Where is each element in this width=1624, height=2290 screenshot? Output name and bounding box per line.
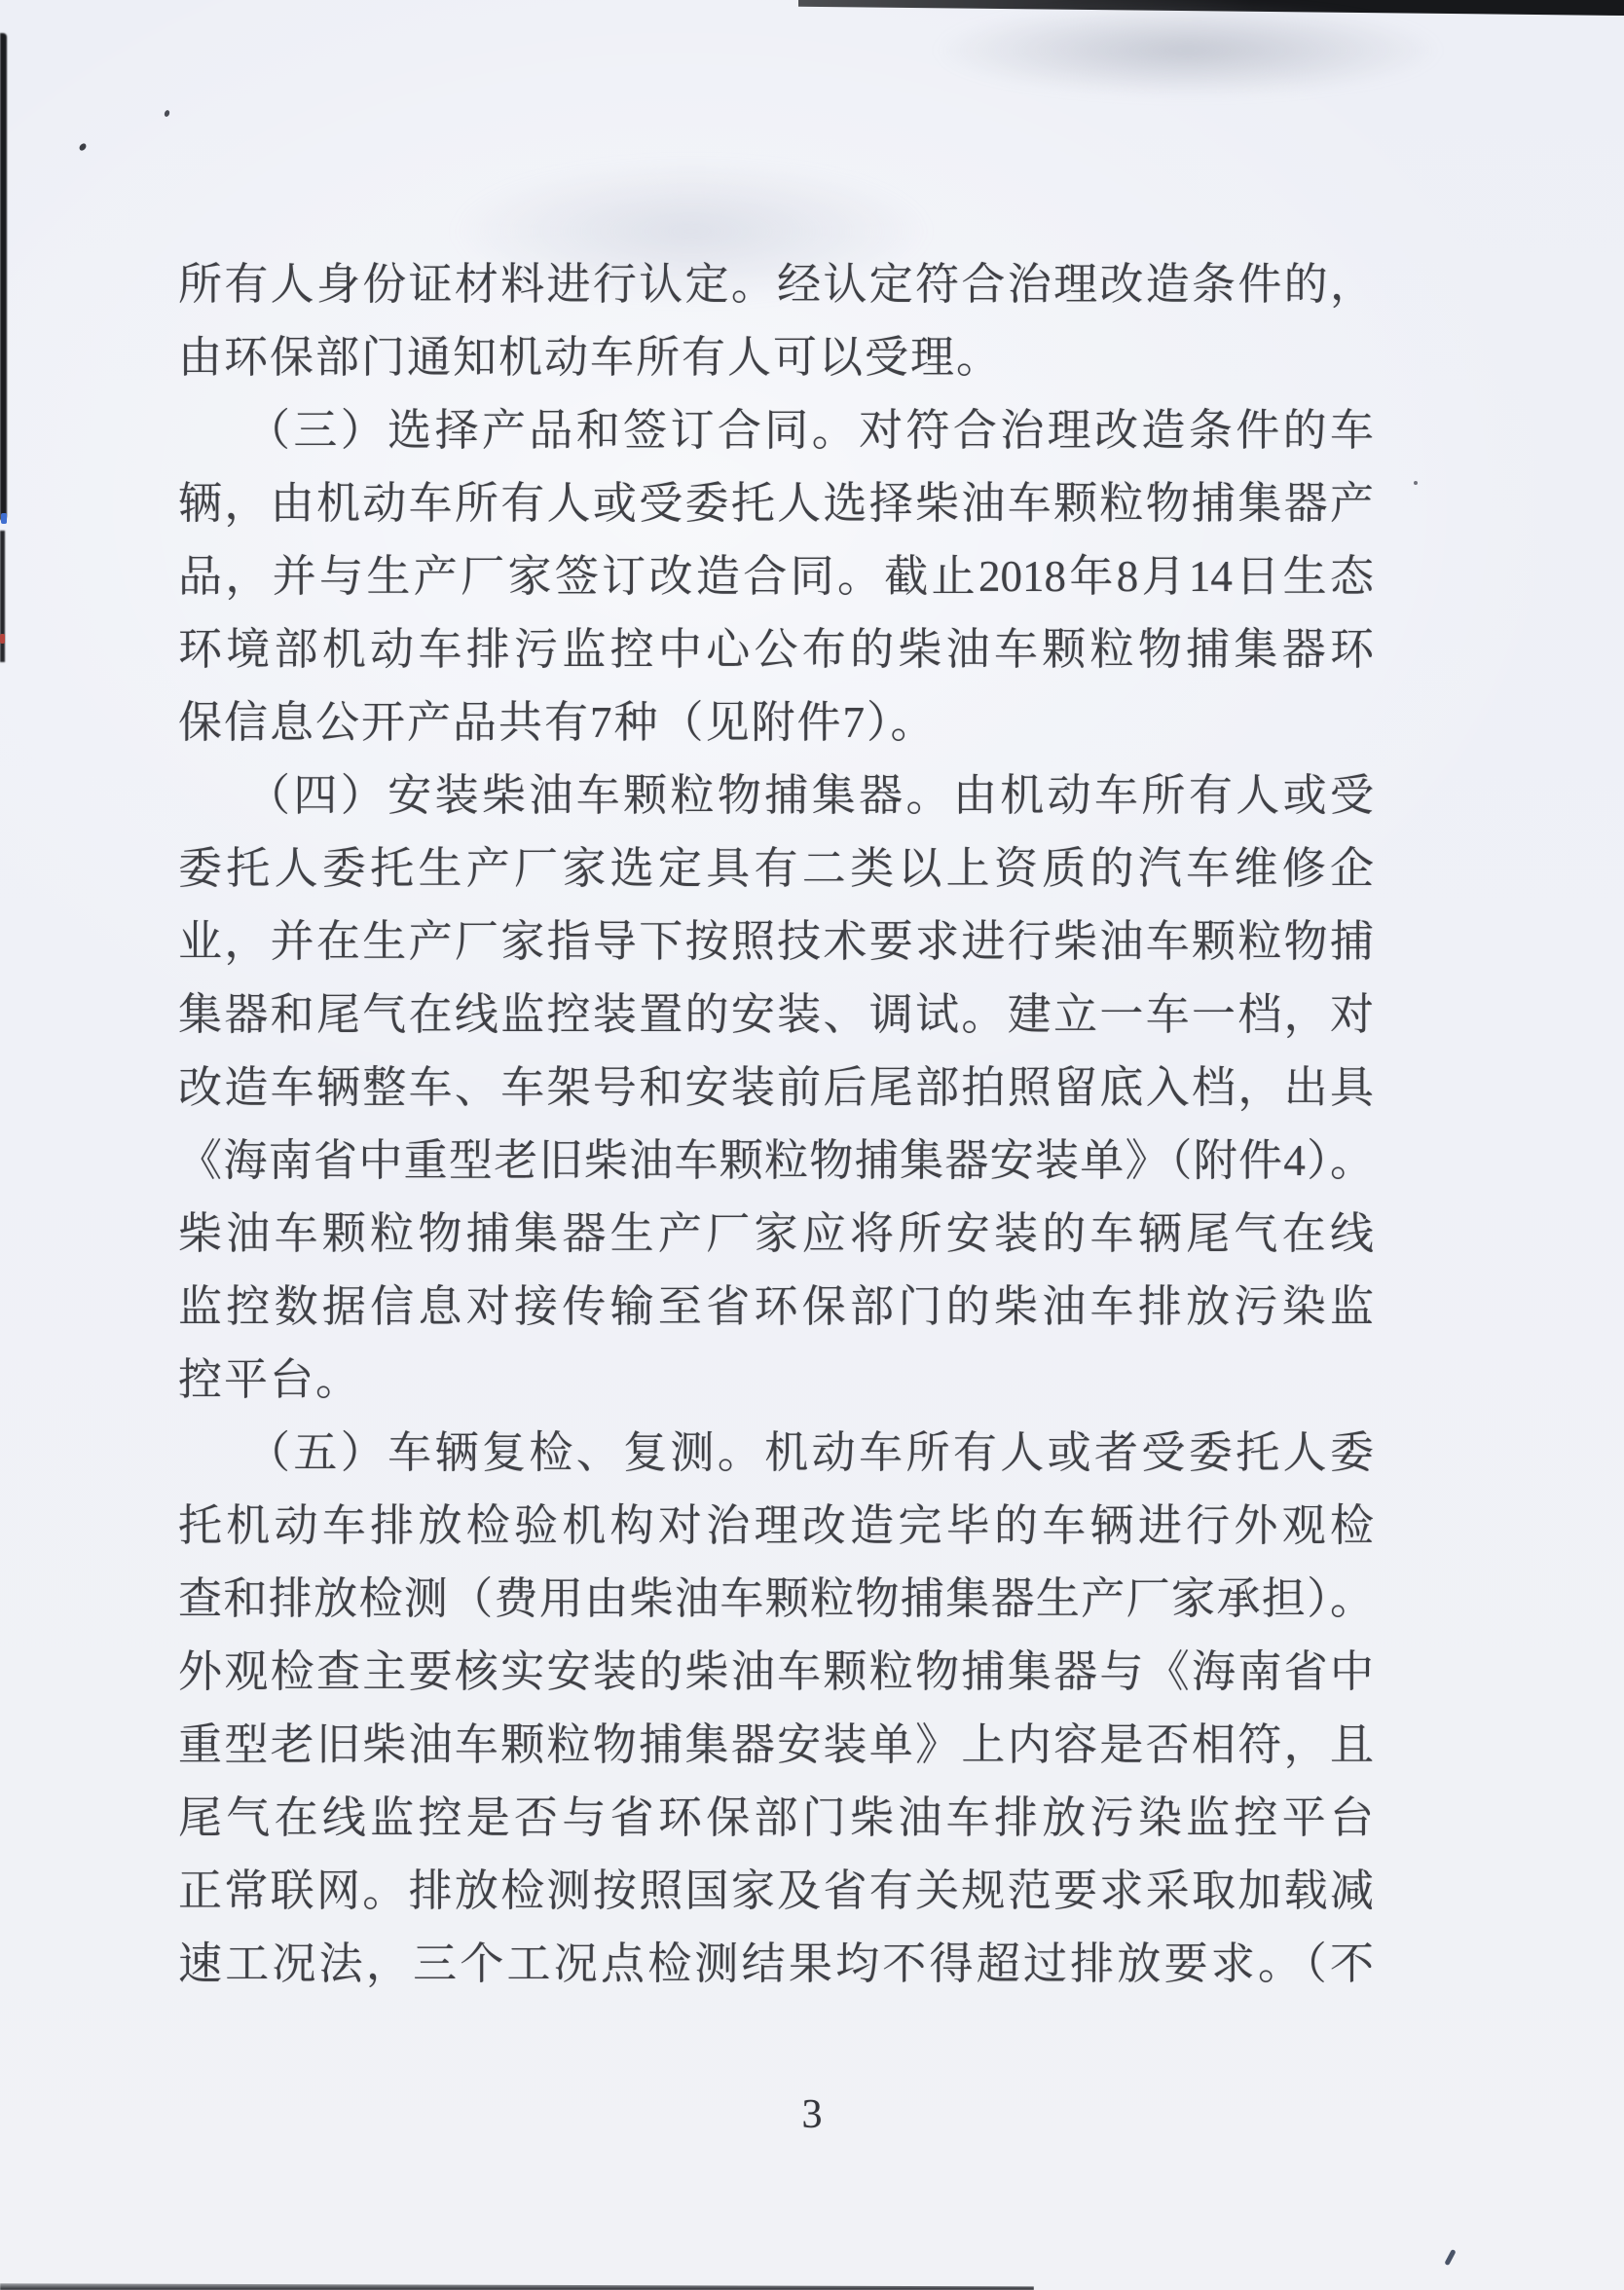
text-line-12: 改造车辆整车、车架号和安装前后尾部拍照留底入档，出具 [178,1052,1374,1125]
text-line-15: 监控数据信息对接传输至省环保部门的柴油车排放污染监 [178,1271,1374,1344]
text-line-3: （三）选择产品和签订合同。对符合治理改造条件的车 [178,394,1374,467]
text-line-6: 环境部机动车排污监控中心公布的柴油车颗粒物捕集器环 [178,613,1374,686]
text-line-9: 委托人委托生产厂家选定具有二类以上资质的汽车维修企 [178,832,1374,905]
scan-speck [164,109,170,117]
scan-speck [78,142,88,152]
text-line-21: 重型老旧柴油车颗粒物捕集器安装单》上内容是否相符，且 [178,1709,1374,1782]
page-number: 3 [0,2091,1624,2138]
text-line-23: 正常联网。排放检测按照国家及省有关规范要求采取加载减 [178,1855,1374,1928]
text-line-5: 品，并与生产厂家签订改造合同。截止2018年8月14日生态 [178,540,1374,613]
text-line-4: 辆，由机动车所有人或受委托人选择柴油车颗粒物捕集器产 [178,467,1374,540]
scanned-document-page: 所有人身份证材料进行认定。经认定符合治理改造条件的， 由环保部门通知机动车所有人… [0,0,1624,2290]
text-line-20: 外观检查主要核实安装的柴油车颗粒物捕集器与《海南省中 [178,1636,1374,1709]
text-line-8: （四）安装柴油车颗粒物捕集器。由机动车所有人或受 [178,759,1374,832]
scan-smudge-top-right [935,4,1441,96]
text-line-19: 查和排放检测（费用由柴油车颗粒物捕集器生产厂家承担）。 [178,1563,1374,1636]
text-line-14: 柴油车颗粒物捕集器生产厂家应将所安装的车辆尾气在线 [178,1198,1374,1271]
scan-speck [1444,2249,1456,2266]
document-body: 所有人身份证材料进行认定。经认定符合治理改造条件的， 由环保部门通知机动车所有人… [178,248,1374,2001]
scan-speck [1414,481,1418,485]
scan-speck [0,634,5,644]
text-line-2: 由环保部门通知机动车所有人可以受理。 [178,321,1374,394]
text-line-11: 集器和尾气在线监控装置的安装、调试。建立一车一档，对 [178,979,1374,1052]
text-line-10: 业，并在生产厂家指导下按照技术要求进行柴油车颗粒物捕 [178,905,1374,979]
scan-strip-bottom [0,2281,1034,2290]
text-line-16: 控平台。 [178,1344,1374,1417]
text-line-18: 托机动车排放检验机构对治理改造完毕的车辆进行外观检 [178,1490,1374,1563]
text-line-22: 尾气在线监控是否与省环保部门柴油车排放污染监控平台 [178,1782,1374,1855]
text-line-17: （五）车辆复检、复测。机动车所有人或者受委托人委 [178,1417,1374,1490]
scan-speck [1,513,7,524]
text-line-1: 所有人身份证材料进行认定。经认定符合治理改造条件的， [178,248,1374,321]
text-line-24: 速工况法，三个工况点检测结果均不得超过排放要求。（不 [178,1928,1374,2001]
text-line-13: 《海南省中重型老旧柴油车颗粒物捕集器安装单》（附件4）。 [178,1125,1374,1198]
scan-edge-left [0,33,7,520]
text-line-7: 保信息公开产品共有7种（见附件7）。 [178,686,1374,759]
